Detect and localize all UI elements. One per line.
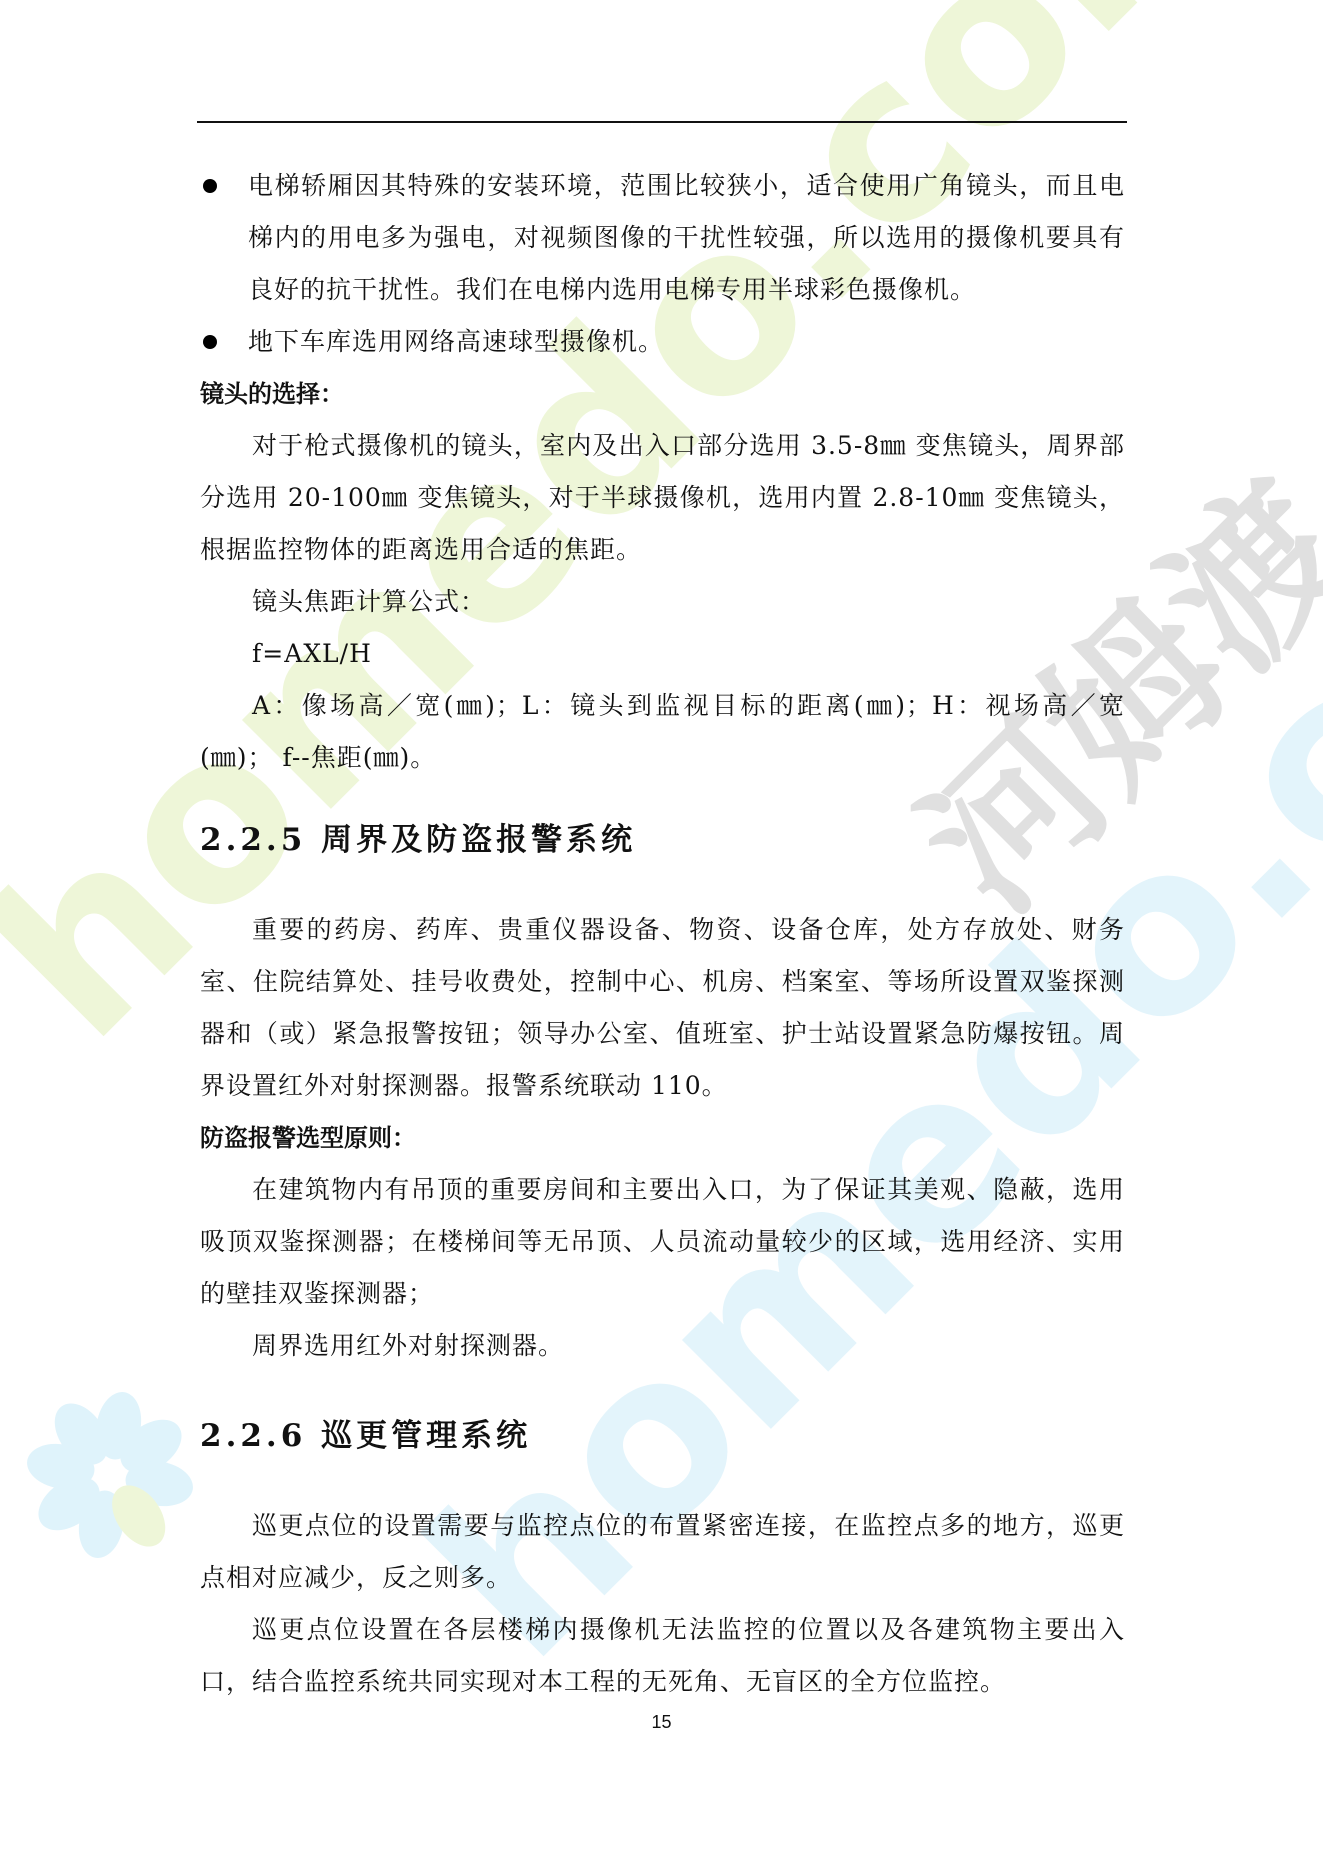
section-title-226: 2.2.6 巡更管理系统 [200, 1406, 1125, 1466]
lens-paragraph: 对于枪式摄像机的镜头，室内及出入口部分选用 3.5-8㎜ 变焦镜头，周界部分选用… [200, 420, 1125, 576]
section-title-225: 2.2.5 周界及防盗报警系统 [200, 810, 1125, 870]
alarm-selection-heading: 防盗报警选型原则： [200, 1112, 1125, 1164]
header-rule [197, 121, 1127, 123]
lens-heading: 镜头的选择： [200, 368, 1125, 420]
paragraph: 在建筑物内有吊顶的重要房间和主要出入口，为了保证其美观、隐蔽，选用吸顶双鉴探测器… [200, 1164, 1125, 1320]
flower-logo-icon [10, 1375, 210, 1575]
formula: f=AXL/H [200, 628, 1125, 680]
bullet-icon [203, 179, 217, 193]
paragraph: 巡更点位的设置需要与监控点位的布置紧密连接，在监控点多的地方，巡更点相对应减少，… [200, 1500, 1125, 1604]
paragraph: 巡更点位设置在各层楼梯内摄像机无法监控的位置以及各建筑物主要出入口，结合监控系统… [200, 1604, 1125, 1708]
bullet-icon [203, 335, 217, 349]
formula-label: 镜头焦距计算公式： [200, 576, 1125, 628]
bullet-item: 地下车库选用网络高速球型摄像机。 [200, 316, 1125, 368]
page-number: 15 [0, 1712, 1323, 1733]
document-body: 电梯轿厢因其特殊的安装环境，范围比较狭小，适合使用广角镜头，而且电梯内的用电多为… [200, 160, 1125, 1708]
formula-legend: A：像场高／宽(㎜)；L：镜头到监视目标的距离(㎜)；H：视场高／宽(㎜)； f… [200, 680, 1125, 784]
paragraph: 重要的药房、药库、贵重仪器设备、物资、设备仓库，处方存放处、财务室、住院结算处、… [200, 904, 1125, 1112]
bullet-text: 电梯轿厢因其特殊的安装环境，范围比较狭小，适合使用广角镜头，而且电梯内的用电多为… [248, 171, 1125, 304]
paragraph: 周界选用红外对射探测器。 [200, 1320, 1125, 1372]
bullet-text: 地下车库选用网络高速球型摄像机。 [248, 327, 664, 356]
bullet-item: 电梯轿厢因其特殊的安装环境，范围比较狭小，适合使用广角镜头，而且电梯内的用电多为… [200, 160, 1125, 316]
